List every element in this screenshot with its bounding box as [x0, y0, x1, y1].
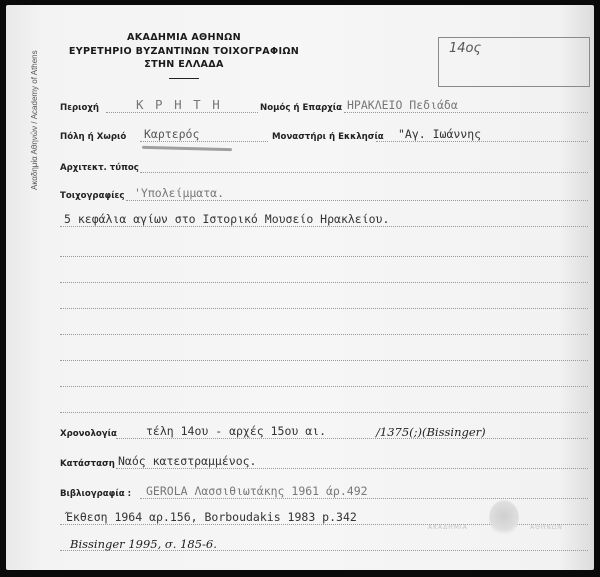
dotted-line	[60, 334, 588, 335]
town-value: Καρτερός	[144, 127, 199, 141]
dotted-line	[60, 386, 588, 387]
dotted-line	[140, 498, 588, 499]
bibliography-label: Βιβλιογραφία :	[60, 489, 131, 499]
row-region: Περιοχή Κ Ρ Η Τ Η Νομός ή Επαρχία ΗΡΑΚΛΕ…	[60, 97, 576, 115]
blank-line	[60, 371, 576, 389]
side-credit: Ακαδημία Αθηνών / Academy of Athens	[30, 50, 39, 190]
blank-line	[60, 241, 576, 259]
bibliography-line1: GEROLA Λασσιθιωτάκης 1961 άρ.492	[146, 484, 368, 498]
bibliography-line3: Bissinger 1995, σ. 185-6.	[70, 537, 217, 551]
academy-seal-watermark-icon	[489, 500, 519, 536]
header-line-1: ΑΚΑΔΗΜΙΑ ΑΘΗΝΩΝ	[64, 31, 304, 45]
row-dating: Χρονολογία τέλη 14ου - αρχές 15ου αι. /1…	[60, 423, 576, 441]
blank-line	[60, 267, 576, 285]
frescoes-value-line2: 5 κεφάλια αγίων στο Ιστορικό Μουσείο Ηρα…	[64, 212, 389, 226]
town-label: Πόλη ή Χωριό	[60, 132, 126, 142]
frescoes-value: 'Υπολείμματα.	[134, 186, 224, 200]
dating-handwritten: /1375(;)(Bissinger)	[376, 425, 486, 439]
card-number-box: 14ος	[438, 37, 590, 87]
frescoes-label: Τοιχογραφίες	[60, 191, 124, 201]
pencil-underline	[142, 146, 232, 151]
row-frescoes: Τοιχογραφίες 'Υπολείμματα.	[60, 185, 576, 203]
region-value: Κ Ρ Η Τ Η	[136, 97, 222, 112]
watermark-left: ΑΚΑΔΗΜΙΑ	[428, 524, 468, 531]
prefecture-value: ΗΡΑΚΛΕΙΟ Πεδιάδα	[347, 98, 458, 112]
arch-type-label: Αρχιτεκτ. τύπος	[60, 163, 139, 173]
header-rule	[169, 78, 199, 80]
row-bibliography: Βιβλιογραφία : GEROLA Λασσιθιωτάκης 1961…	[60, 483, 576, 501]
bibliography-line2: Έκθεση 1964 αρ.156, Borboudakis 1983 p.3…	[66, 510, 357, 524]
row-condition: Κατάσταση Ναός κατεστραμμένος.	[60, 453, 576, 471]
dotted-line	[116, 438, 588, 439]
header-line-2: ΕΥΡΕΤΗΡΙΟ ΒΥΖΑΝΤΙΝΩΝ ΤΟΙΧΟΓΡΑΦΙΩΝ	[64, 45, 304, 59]
dotted-line	[376, 141, 588, 142]
row-town: Πόλη ή Χωριό Καρτερός Μοναστήρι ή Εκκλησ…	[60, 126, 576, 144]
blank-line	[60, 293, 576, 311]
watermark-right: ΑΘΗΝΩΝ	[530, 524, 563, 531]
dotted-line	[126, 200, 588, 201]
dotted-line	[60, 282, 588, 283]
row-bibliography-3: Bissinger 1995, σ. 185-6.	[60, 535, 576, 553]
header-line-3: ΣΤΗΝ ΕΛΛΑΔΑ	[64, 58, 304, 72]
dotted-line	[60, 360, 588, 361]
card-number: 14ος	[449, 41, 481, 56]
dotted-line	[116, 468, 588, 469]
dotted-line	[60, 308, 588, 309]
dotted-line	[106, 112, 258, 113]
blank-line	[60, 319, 576, 337]
dotted-line	[60, 226, 588, 227]
monastery-value: "Αγ. Ιωάννης	[398, 127, 481, 141]
dotted-line	[344, 112, 588, 113]
row-frescoes-2: 5 κεφάλια αγίων στο Ιστορικό Μουσείο Ηρα…	[60, 211, 576, 229]
dotted-line	[60, 256, 588, 257]
condition-label: Κατάσταση	[60, 459, 115, 469]
condition-value: Ναός κατεστραμμένος.	[118, 454, 256, 468]
monastery-label: Μοναστήρι ή Εκκλησία	[272, 132, 384, 142]
card-header: ΑΚΑΔΗΜΙΑ ΑΘΗΝΩΝ ΕΥΡΕΤΗΡΙΟ ΒΥΖΑΝΤΙΝΩΝ ΤΟΙ…	[64, 31, 304, 79]
blank-line	[60, 397, 576, 415]
dotted-line	[60, 412, 588, 413]
blank-line	[60, 345, 576, 363]
region-label: Περιοχή	[60, 103, 99, 113]
prefecture-label: Νομός ή Επαρχία	[260, 103, 342, 113]
index-card: Ακαδημία Αθηνών / Academy of Athens ΑΚΑΔ…	[6, 5, 594, 570]
row-arch-type: Αρχιτεκτ. τύπος	[60, 157, 576, 175]
dating-value: τέλη 14ου - αρχές 15ου αι.	[146, 424, 326, 438]
dotted-line	[140, 172, 588, 173]
dotted-line	[140, 141, 268, 142]
dating-label: Χρονολογία	[60, 429, 117, 439]
